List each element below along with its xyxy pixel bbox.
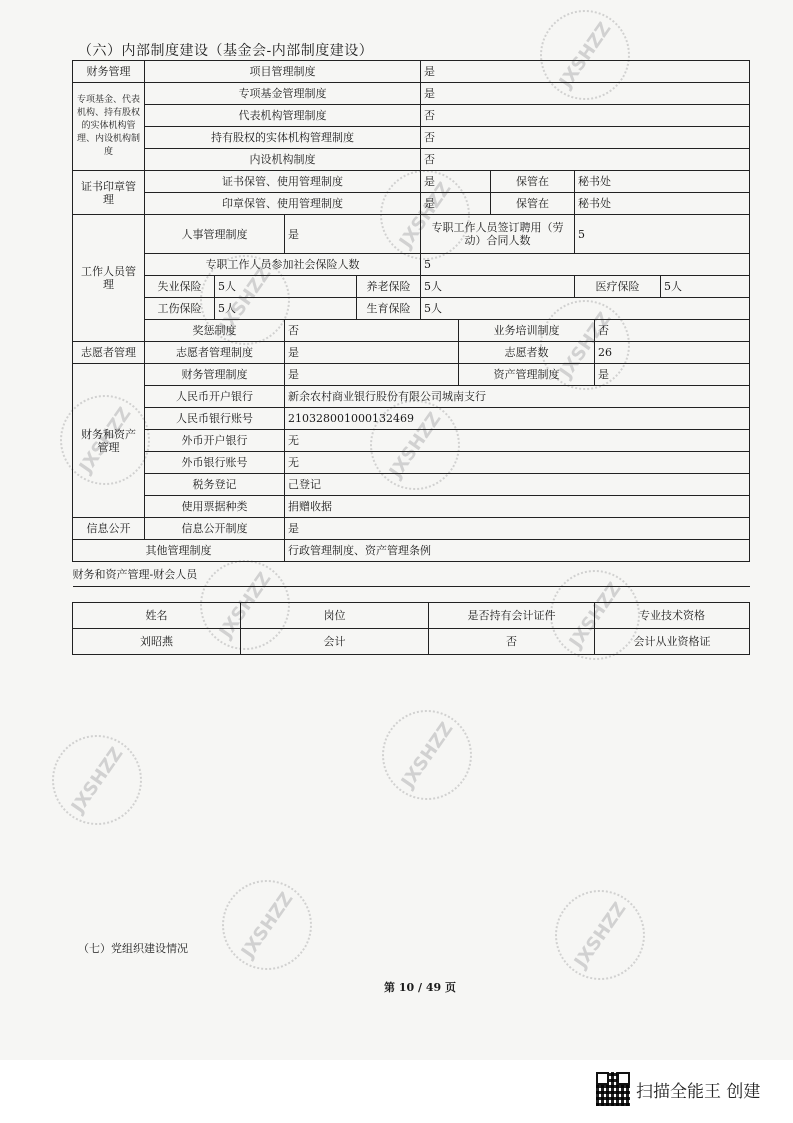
label-cell: 外币银行账号 [145, 452, 285, 474]
table-row: 专职工作人员参加社会保险人数 5 [73, 254, 750, 276]
column-header: 姓名 [73, 603, 241, 629]
cell-has-certificate: 否 [429, 629, 595, 655]
value-cell: 是 [595, 364, 750, 386]
label-cell: 奖惩制度 [145, 320, 285, 342]
table-row: 代表机构管理制度 否 [73, 105, 750, 127]
internal-systems-table: 财务管理 项目管理制度 是 专项基金、代表机构、持有股权的实体机构管理、内设机构… [72, 60, 750, 587]
value-cell: 是 [285, 342, 459, 364]
cell-position: 会计 [241, 629, 429, 655]
value-cell: 否 [421, 105, 750, 127]
value-cell: 新余农村商业银行股份有限公司城南支行 [285, 386, 750, 408]
accounting-staff-table: 姓名 岗位 是否持有会计证件 专业技术资格 刘昭燕 会计 否 会计从业资格证 [72, 602, 750, 655]
table-row: 奖惩制度 否 业务培训制度 否 [73, 320, 750, 342]
table-row: 人民币银行账号 210328001000132469 [73, 408, 750, 430]
column-header: 岗位 [241, 603, 429, 629]
label-cell: 财务管理制度 [145, 364, 285, 386]
label-cell: 业务培训制度 [459, 320, 595, 342]
label-cell: 工伤保险 [145, 298, 215, 320]
value-cell: 无 [285, 430, 750, 452]
label-cell: 人民币银行账号 [145, 408, 285, 430]
table-row: 失业保险 5人 养老保险 5人 医疗保险 5人 [73, 276, 750, 298]
label-cell: 项目管理制度 [145, 61, 421, 83]
category-cell: 专项基金、代表机构、持有股权的实体机构管理、内设机构制度 [73, 83, 145, 171]
label-cell: 外币开户银行 [145, 430, 285, 452]
table-row: 证书印章管理 证书保管、使用管理制度 是 保管在 秘书处 [73, 171, 750, 193]
value-cell: 5 [421, 254, 750, 276]
label-cell: 医疗保险 [575, 276, 661, 298]
value-cell: 是 [421, 171, 491, 193]
table-row: 其他管理制度 行政管理制度、资产管理条例 [73, 540, 750, 562]
value-cell: 26 [595, 342, 750, 364]
table-row: 外币开户银行 无 [73, 430, 750, 452]
value-cell: 5人 [215, 276, 357, 298]
category-cell: 信息公开 [73, 518, 145, 540]
value-cell: 是 [421, 61, 750, 83]
category-cell: 证书印章管理 [73, 171, 145, 215]
label-cell: 人民币开户银行 [145, 386, 285, 408]
scanner-footer: 扫描全能王 创建 [596, 1072, 760, 1106]
label-cell: 专职工作人员参加社会保险人数 [145, 254, 421, 276]
label-cell: 养老保险 [357, 276, 421, 298]
label-cell: 代表机构管理制度 [145, 105, 421, 127]
label-cell: 印章保管、使用管理制度 [145, 193, 421, 215]
value-cell: 是 [285, 215, 421, 254]
table-row: 刘昭燕 会计 否 会计从业资格证 [73, 629, 750, 655]
cell-qualification: 会计从业资格证 [595, 629, 750, 655]
table-row: 外币银行账号 无 [73, 452, 750, 474]
scanner-footer-text: 扫描全能王 创建 [636, 1077, 760, 1102]
value-cell: 5人 [421, 298, 750, 320]
table-row: 财务和资产管理-财会人员 [73, 562, 750, 587]
value-cell: 捐赠收据 [285, 496, 750, 518]
value-cell: 否 [285, 320, 459, 342]
table-row: 人民币开户银行 新余农村商业银行股份有限公司城南支行 [73, 386, 750, 408]
column-header: 专业技术资格 [595, 603, 750, 629]
value-cell: 5 [575, 215, 750, 254]
label-cell: 专项基金管理制度 [145, 83, 421, 105]
value-cell: 是 [421, 193, 491, 215]
label-cell: 证书保管、使用管理制度 [145, 171, 421, 193]
kept-value-cell: 秘书处 [575, 193, 750, 215]
label-cell: 志愿者数 [459, 342, 595, 364]
qr-code-icon [596, 1072, 630, 1106]
value-cell: 210328001000132469 [285, 408, 750, 430]
label-cell: 生育保险 [357, 298, 421, 320]
label-cell: 失业保险 [145, 276, 215, 298]
value-cell: 否 [421, 149, 750, 171]
table-row: 专项基金、代表机构、持有股权的实体机构管理、内设机构制度 专项基金管理制度 是 [73, 83, 750, 105]
category-cell: 财务管理 [73, 61, 145, 83]
label-cell: 资产管理制度 [459, 364, 595, 386]
column-header: 是否持有会计证件 [429, 603, 595, 629]
table-row: 信息公开 信息公开制度 是 [73, 518, 750, 540]
label-cell: 志愿者管理制度 [145, 342, 285, 364]
table-row: 使用票据种类 捐赠收据 [73, 496, 750, 518]
table-row: 工伤保险 5人 生育保险 5人 [73, 298, 750, 320]
value-cell: 行政管理制度、资产管理条例 [285, 540, 750, 562]
category-cell: 工作人员管理 [73, 215, 145, 342]
table-row: 财务和资产管理 财务管理制度 是 资产管理制度 是 [73, 364, 750, 386]
value-cell: 5人 [661, 276, 750, 298]
category-cell: 财务和资产管理 [73, 364, 145, 518]
label-cell: 持有股权的实体机构管理制度 [145, 127, 421, 149]
label-cell: 专职工作人员签订聘用（劳动）合同人数 [421, 215, 575, 254]
section-title: （六）内部制度建设（基金会-内部制度建设） [78, 40, 373, 60]
label-cell: 税务登记 [145, 474, 285, 496]
page-number: 第 10 / 49 页 [384, 979, 456, 995]
table-row: 财务管理 项目管理制度 是 [73, 61, 750, 83]
table-row: 印章保管、使用管理制度 是 保管在 秘书处 [73, 193, 750, 215]
value-cell: 5人 [215, 298, 357, 320]
accounting-staff-caption: 财务和资产管理-财会人员 [73, 562, 750, 587]
table-row: 内设机构制度 否 [73, 149, 750, 171]
value-cell: 否 [421, 127, 750, 149]
value-cell: 是 [421, 83, 750, 105]
table-header-row: 姓名 岗位 是否持有会计证件 专业技术资格 [73, 603, 750, 629]
kept-label-cell: 保管在 [491, 171, 575, 193]
value-cell: 是 [285, 364, 459, 386]
value-cell: 无 [285, 452, 750, 474]
kept-value-cell: 秘书处 [575, 171, 750, 193]
label-cell: 人事管理制度 [145, 215, 285, 254]
value-cell: 5人 [421, 276, 575, 298]
value-cell: 是 [285, 518, 750, 540]
category-cell: 志愿者管理 [73, 342, 145, 364]
table-row: 税务登记 己登记 [73, 474, 750, 496]
table-row: 持有股权的实体机构管理制度 否 [73, 127, 750, 149]
table-row: 志愿者管理 志愿者管理制度 是 志愿者数 26 [73, 342, 750, 364]
label-cell: 其他管理制度 [73, 540, 285, 562]
label-cell: 使用票据种类 [145, 496, 285, 518]
cell-name: 刘昭燕 [73, 629, 241, 655]
table-row: 工作人员管理 人事管理制度 是 专职工作人员签订聘用（劳动）合同人数 5 [73, 215, 750, 254]
label-cell: 内设机构制度 [145, 149, 421, 171]
value-cell: 己登记 [285, 474, 750, 496]
label-cell: 信息公开制度 [145, 518, 285, 540]
kept-label-cell: 保管在 [491, 193, 575, 215]
section-title-party: （七）党组织建设情况 [78, 940, 188, 956]
value-cell: 否 [595, 320, 750, 342]
